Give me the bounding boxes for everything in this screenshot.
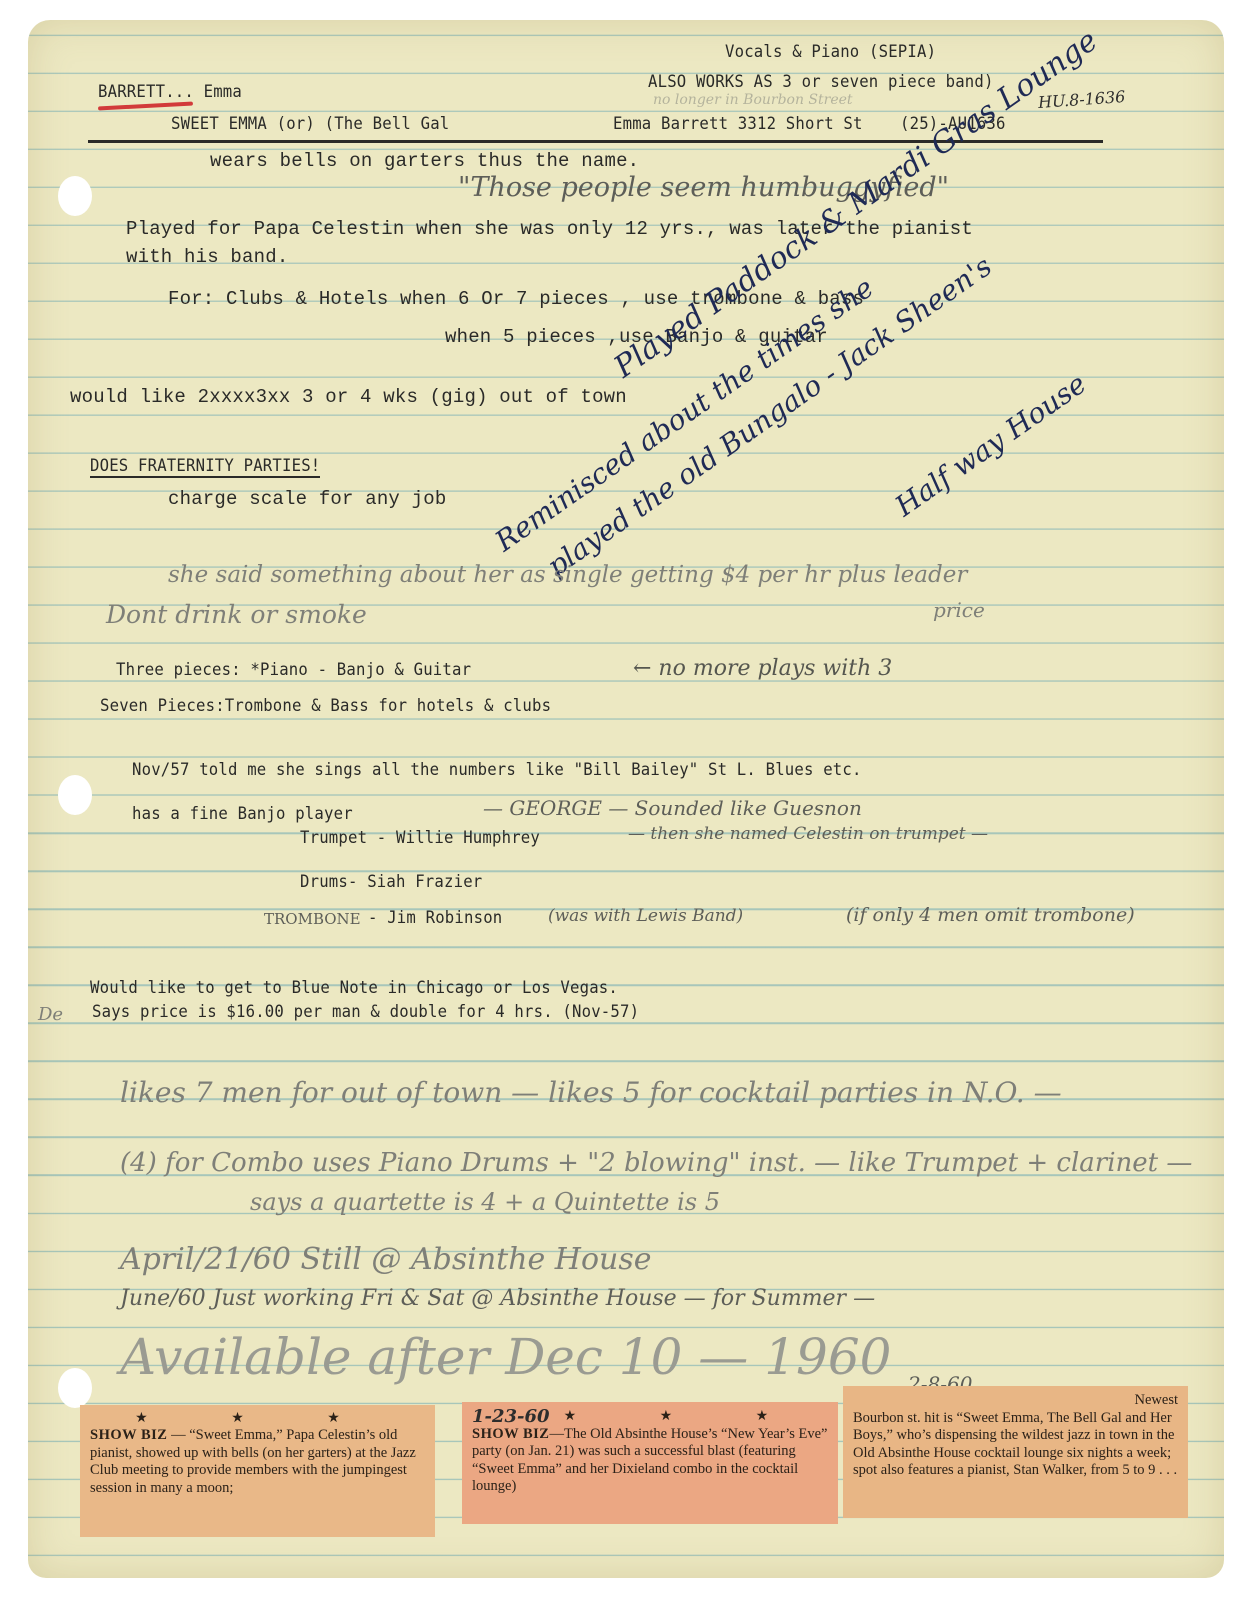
note-trombone-label: TROMBONE [264,910,361,928]
note-likes-7: likes 7 men for out of town — likes 5 fo… [120,1076,1062,1109]
note-de: De [38,1004,63,1025]
line-charge-scale: charge scale for any job [168,488,446,510]
punch-hole-top [58,176,92,216]
line-price: Says price is $16.00 per man & double fo… [92,1002,639,1022]
header-name: BARRETT... Emma [98,82,242,102]
line-nov57: Nov/57 told me she sings all the numbers… [132,760,862,780]
line-drums: Drums- Siah Frazier [300,872,482,892]
note-no-more-3: ← no more plays with 3 [633,656,892,681]
header-sweet-emma: SWEET EMMA (or) (The Bell Gal [171,114,449,134]
note-only-4: (if only 4 men omit trombone) [846,904,1135,926]
punch-hole-middle [58,775,92,815]
line-seven-pieces: Seven Pieces:Trombone & Bass for hotels … [100,696,551,716]
clipping-2: 1-23-60 ★ ★ ★ SHOW BIZ—The Old Absinthe … [462,1402,838,1524]
note-april-60: April/21/60 Still @ Absinthe House [120,1242,652,1277]
line-banjo: has a fine Banjo player [132,804,353,824]
clipping-3-body: Bourbon st. hit is “Sweet Emma, The Bell… [853,1410,1177,1479]
clipping-1: ★ ★ ★ SHOW BIZ — “Sweet Emma,” Papa Cele… [80,1405,435,1537]
faint-note-bourbon: no longer in Bourbon Street [653,92,853,108]
note-single-price: price [933,598,985,622]
note-half-way-house: Half way House [889,367,1092,523]
line-blue-note: Would like to get to Blue Note in Chicag… [90,978,618,998]
note-lewis-band: (was with Lewis Band) [548,906,743,926]
clipping-2-stars: ★ ★ ★ [564,1409,809,1425]
note-available: Available after Dec 10 — 1960 [120,1328,891,1386]
note-june-60: June/60 Just working Fri & Sat @ Absinth… [120,1286,875,1311]
header-address: Emma Barrett 3312 Short St [613,114,863,134]
header-also-works-as: ALSO WORKS AS 3 or seven piece band) [648,72,994,92]
clipping-2-headline: SHOW BIZ [472,1426,549,1442]
clipping-2-date: 1-23-60 [472,1408,550,1426]
line-out-of-town: would like 2xxxx3xx 3 or 4 wks (gig) out… [70,386,627,408]
line-fraternity: DOES FRATERNITY PARTIES! [90,456,320,478]
clipping-1-stars: ★ ★ ★ [90,1411,425,1427]
note-dont-drink: Dont drink or smoke [106,600,367,629]
note-george: — GEORGE — Sounded like Guesnon [483,796,862,820]
red-underline-mark [98,102,193,111]
punch-hole-bottom [58,1368,92,1408]
note-single: she said something about her as single g… [168,562,967,588]
clipping-3-lead: Newest [853,1392,1178,1410]
line-celestin-2: with his band. [126,246,288,268]
line-three-pieces: Three pieces: *Piano - Banjo & Guitar [116,660,471,680]
note-trumpet: — then she named Celestin on trumpet — [628,824,988,844]
index-card-page: Vocals & Piano (SEPIA) ALSO WORKS AS 3 o… [28,20,1224,1578]
clipping-1-headline: SHOW BIZ [90,1427,167,1443]
note-combo-4: (4) for Combo uses Piano Drums + "2 blow… [120,1148,1192,1178]
line-trombone: - Jim Robinson [368,908,502,928]
header-vocals-piano: Vocals & Piano (SEPIA) [725,42,936,62]
line-garters: wears bells on garters thus the name. [210,150,639,172]
clipping-3: Newest Bourbon st. hit is “Sweet Emma, T… [843,1386,1188,1518]
phone-annotation: HU.8-1636 [1037,87,1125,112]
line-trumpet: Trumpet - Willie Humphrey [300,828,540,848]
note-quartette: says a quartette is 4 + a Quintette is 5 [250,1188,720,1216]
